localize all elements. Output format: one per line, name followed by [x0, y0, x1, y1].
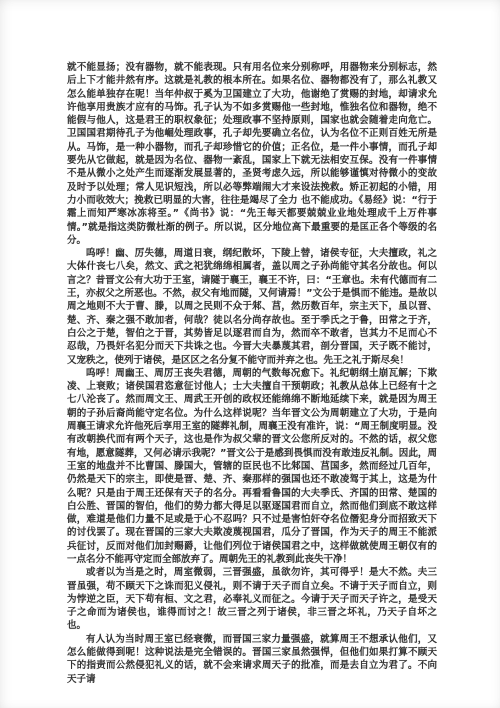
paragraph-3: 呜呼！周幽王、周厉王丧失君德，周朝的气数每况愈下。礼纪朝纲土崩瓦解；下欺凌、上衰… [67, 367, 437, 566]
scanned-document-page: 就不能显扬；没有器物，就不能表现。只有用名位来分别称呼，用器物来分别标志，然后上… [0, 0, 500, 708]
paragraph-4: 或者以为当是之时，周室微弱，三晋强盛，虽欲勿许，其可得乎！是大不然。夫三晋虽强，… [67, 566, 437, 632]
paragraph-2: 呜呼！幽、厉失德，周道日衰，纲纪散坏，下陵上替，诸侯专征，大夫擅政，礼之大体什丧… [67, 247, 437, 367]
paragraph-1: 就不能显扬；没有器物，就不能表现。只有用名位来分别称呼，用器物来分别标志，然后上… [67, 61, 437, 247]
paragraph-5: 有人认为当时周王室已经衰微，而晋国三家力量强盛，就算周王不想承认他们，又怎么能做… [67, 633, 437, 686]
text-block: 就不能显扬；没有器物，就不能表现。只有用名位来分别称呼，用器物来分别标志，然后上… [67, 61, 437, 686]
